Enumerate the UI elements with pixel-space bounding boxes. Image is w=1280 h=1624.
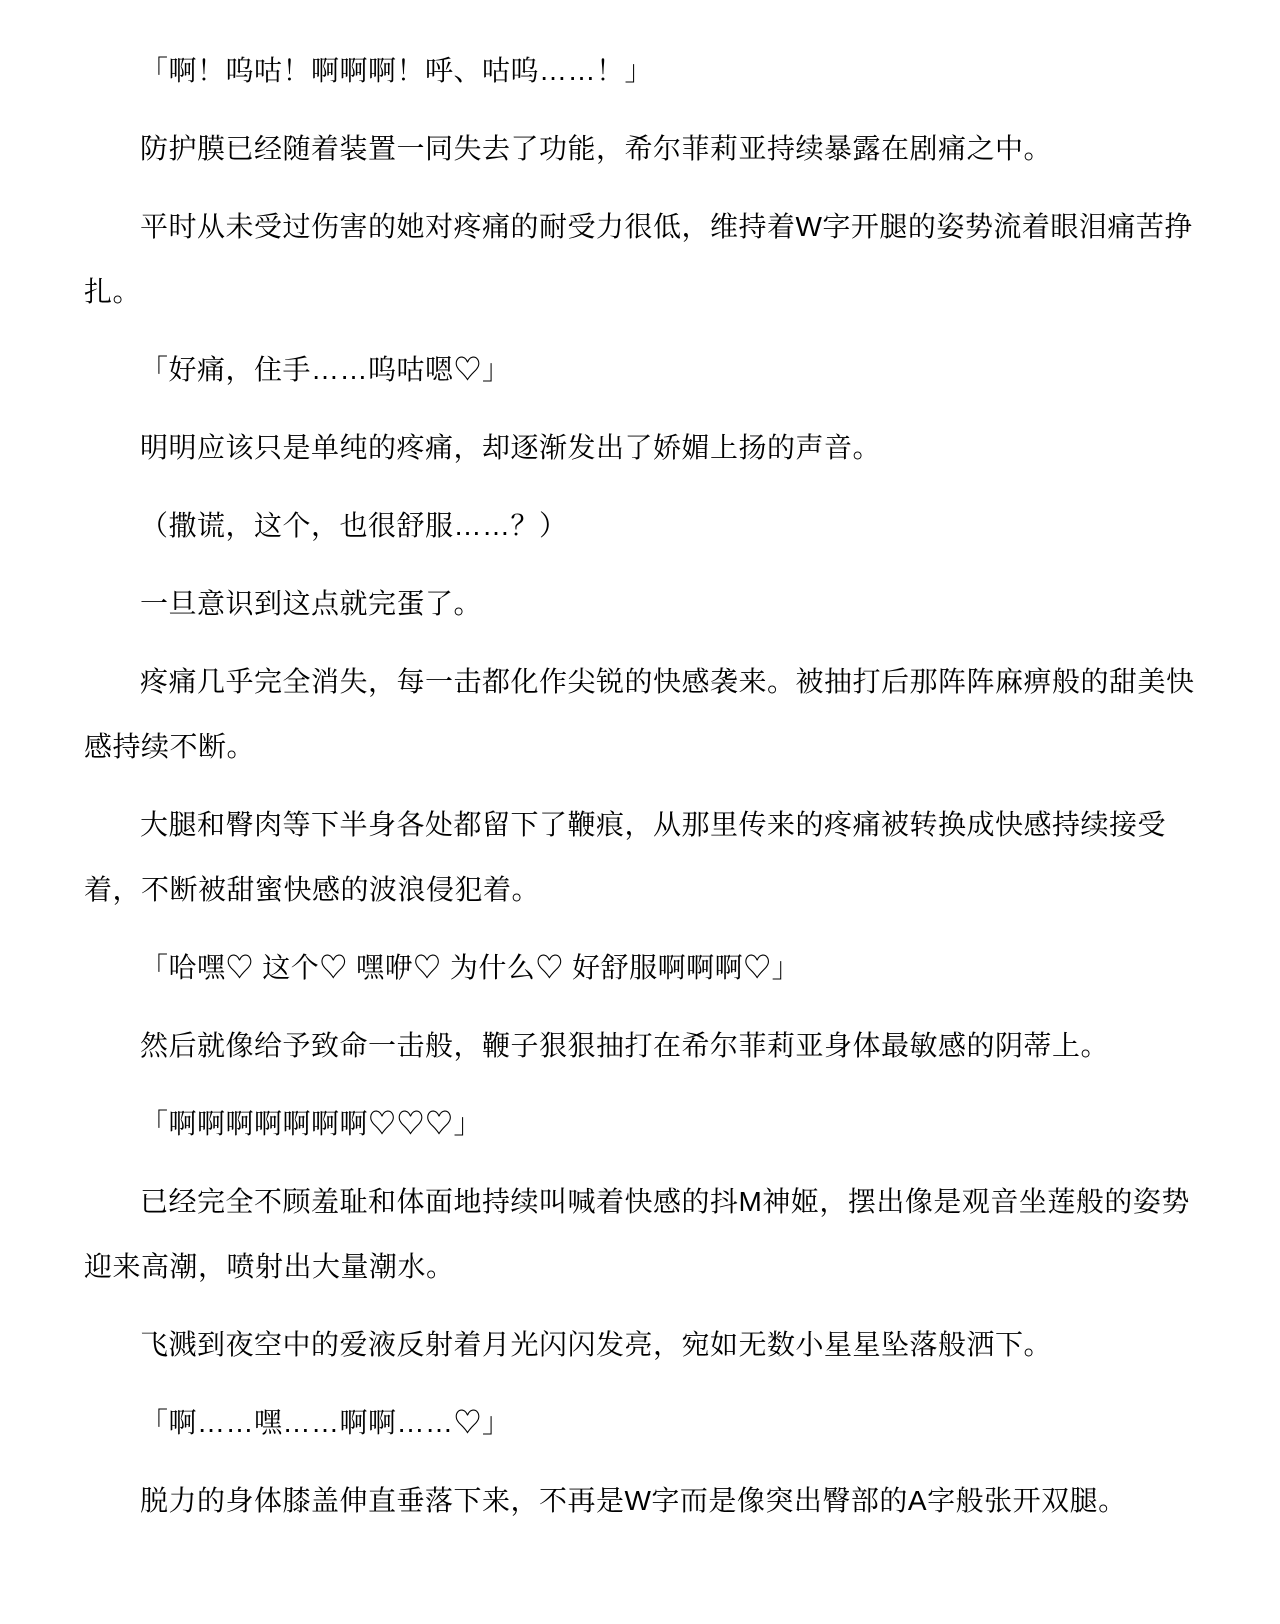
paragraph-dialogue-2: 「好痛，住手……呜咕嗯♡」 — [84, 337, 1196, 402]
paragraph-narration-5: 疼痛几乎完全消失，每一击都化作尖锐的快感袭来。被抽打后那阵阵麻痹般的甜美快感持续… — [84, 649, 1196, 779]
paragraph-narration-7: 然后就像给予致命一击般，鞭子狠狠抽打在希尔菲莉亚身体最敏感的阴蒂上。 — [84, 1013, 1196, 1078]
paragraph-narration-9: 飞溅到夜空中的爱液反射着月光闪闪发亮，宛如无数小星星坠落般洒下。 — [84, 1312, 1196, 1377]
paragraph-dialogue-4: 「啊啊啊啊啊啊啊♡♡♡」 — [84, 1091, 1196, 1156]
paragraph-narration-8: 已经完全不顾羞耻和体面地持续叫喊着快感的抖M神姬，摆出像是观音坐莲般的姿势迎来高… — [84, 1169, 1196, 1299]
paragraph-narration-3: 明明应该只是单纯的疼痛，却逐渐发出了娇媚上扬的声音。 — [84, 415, 1196, 480]
paragraph-narration-4: 一旦意识到这点就完蛋了。 — [84, 571, 1196, 636]
paragraph-narration-6: 大腿和臀肉等下半身各处都留下了鞭痕，从那里传来的疼痛被转换成快感持续接受着，不断… — [84, 792, 1196, 922]
paragraph-narration-10: 脱力的身体膝盖伸直垂落下来，不再是W字而是像突出臀部的A字般张开双腿。 — [84, 1468, 1196, 1533]
paragraph-dialogue-5: 「啊……嘿……啊啊……♡」 — [84, 1390, 1196, 1455]
document-page: 「啊！呜咕！啊啊啊！呼、咕呜……！」 防护膜已经随着装置一同失去了功能，希尔菲莉… — [0, 0, 1280, 1624]
paragraph-dialogue-3: 「哈嘿♡ 这个♡ 嘿咿♡ 为什么♡ 好舒服啊啊啊♡」 — [84, 935, 1196, 1000]
paragraph-narration-2: 平时从未受过伤害的她对疼痛的耐受力很低，维持着W字开腿的姿势流着眼泪痛苦挣扎。 — [84, 194, 1196, 324]
paragraph-thought-1: （撒谎，这个，也很舒服……？） — [84, 493, 1196, 558]
paragraph-dialogue-1: 「啊！呜咕！啊啊啊！呼、咕呜……！」 — [84, 38, 1196, 103]
paragraph-narration-1: 防护膜已经随着装置一同失去了功能，希尔菲莉亚持续暴露在剧痛之中。 — [84, 116, 1196, 181]
